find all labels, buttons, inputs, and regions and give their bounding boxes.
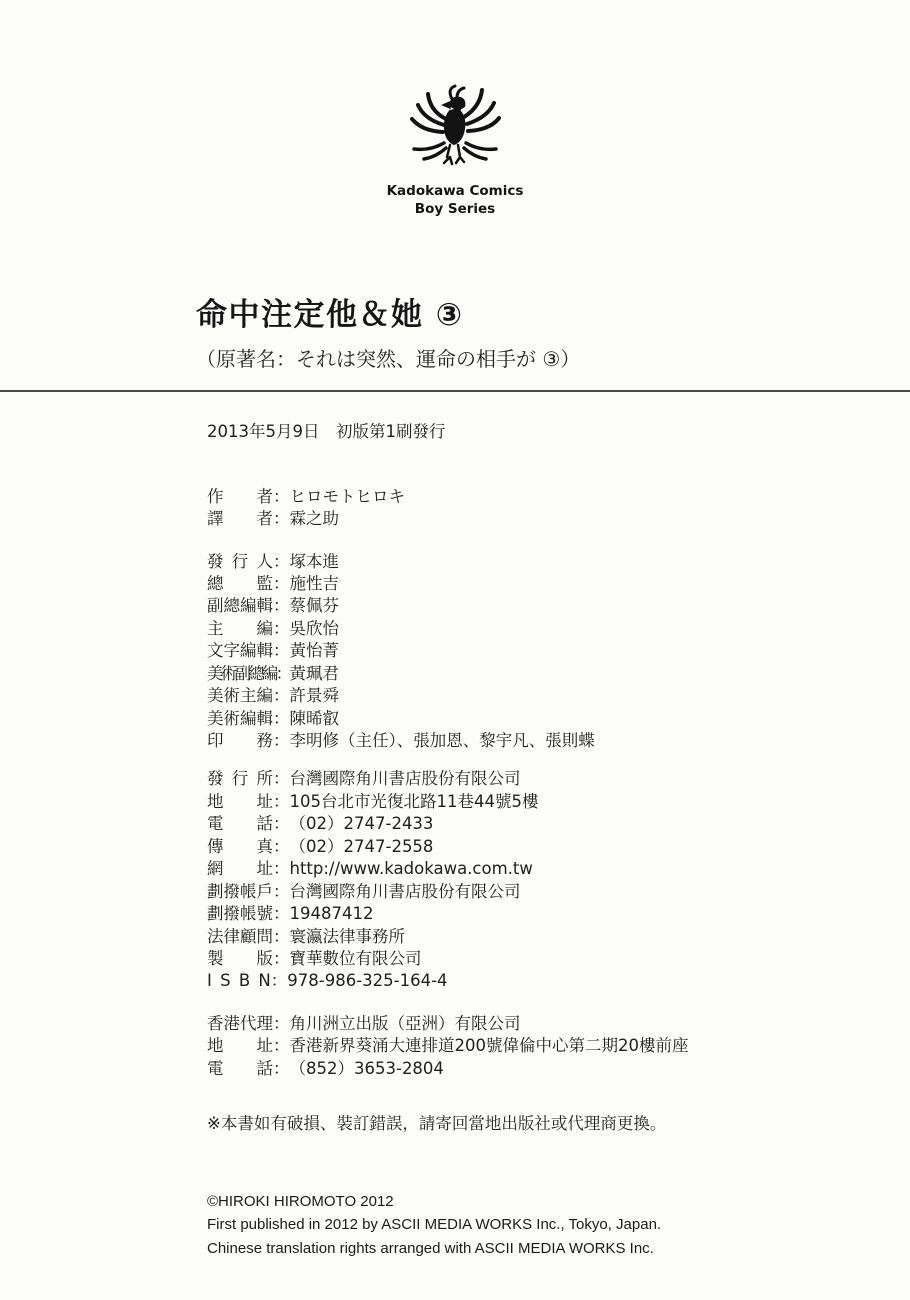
credit-row: 文字編輯：黃怡菁 — [207, 640, 870, 662]
credit-label: 發 行 人： — [207, 551, 290, 573]
hong-kong-agent-info: 香港代理：角川洲立出版（亞洲）有限公司 地 址：香港新界葵涌大連排道200號偉倫… — [207, 1013, 870, 1080]
credit-label: 文字編輯： — [207, 640, 290, 662]
edition-line: 2013年5月9日 初版第1刷發行 — [207, 418, 870, 442]
copyright-line: Chinese translation rights arranged with… — [207, 1237, 870, 1260]
divider — [0, 390, 910, 392]
credit-row: 作 者：ヒロモトヒロキ — [207, 486, 870, 508]
credit-value: ヒロモトヒロキ — [290, 487, 406, 506]
publisher-label: I S B N： — [207, 970, 287, 992]
colophon-content: 2013年5月9日 初版第1刷發行 作 者：ヒロモトヒロキ 譯 者：霖之助 發 … — [207, 418, 870, 1260]
credit-value: 李明修（主任）、張加恩、黎宇凡、張則蝶 — [290, 731, 595, 750]
publisher-value: （02）2747-2558 — [290, 837, 434, 856]
original-title: （原著名：それは突然、運命の相手が ③） — [196, 343, 850, 372]
logo-caption-line1: Kadokawa Comics — [387, 183, 524, 201]
publisher-row: 地 址：105台北市光復北路11巷44號5樓 — [207, 791, 870, 813]
agent-label: 香港代理： — [207, 1013, 290, 1035]
credit-value: 吳欣怡 — [290, 619, 340, 638]
publisher-row: I S B N：978-986-325-164-4 — [207, 970, 870, 992]
author-credits: 作 者：ヒロモトヒロキ 譯 者：霖之助 — [207, 486, 870, 531]
phoenix-icon — [397, 84, 513, 180]
agent-row: 地 址：香港新界葵涌大連排道200號偉倫中心第二期20樓前座 — [207, 1035, 870, 1057]
credit-value: 黃怡菁 — [290, 641, 340, 660]
publisher-row: 發 行 所：台灣國際角川書店股份有限公司 — [207, 768, 870, 790]
publisher-value: 寶華數位有限公司 — [290, 949, 422, 968]
credit-value: 施性吉 — [290, 574, 340, 593]
credit-value: 黃珮君 — [289, 664, 339, 683]
publisher-row: 網 址：http://www.kadokawa.com.tw — [207, 858, 870, 880]
credit-label: 美術副總編： — [207, 663, 289, 685]
credit-row: 美術副總編：黃珮君 — [207, 663, 870, 685]
publisher-value: 台灣國際角川書店股份有限公司 — [290, 882, 521, 901]
credit-row: 總 監：施性吉 — [207, 573, 870, 595]
credit-label: 美術編輯： — [207, 708, 290, 730]
publisher-row: 劃撥帳號：19487412 — [207, 903, 870, 925]
publisher-row: 傳 真：（02）2747-2558 — [207, 836, 870, 858]
credit-label: 主 編： — [207, 618, 290, 640]
publisher-info: 發 行 所：台灣國際角川書店股份有限公司 地 址：105台北市光復北路11巷44… — [207, 768, 870, 992]
publisher-value: 台灣國際角川書店股份有限公司 — [290, 769, 521, 788]
publisher-row: 製 版：寶華數位有限公司 — [207, 948, 870, 970]
credit-label: 總 監： — [207, 573, 290, 595]
publisher-label: 傳 真： — [207, 836, 290, 858]
credit-value: 霖之助 — [290, 509, 340, 528]
publisher-row: 法律顧問：寰瀛法律事務所 — [207, 926, 870, 948]
publisher-logo: Kadokawa Comics Boy Series — [0, 0, 910, 219]
credit-value: 蔡佩芬 — [290, 596, 340, 615]
publisher-label: 法律顧問： — [207, 926, 290, 948]
publisher-value: 105台北市光復北路11巷44號5樓 — [290, 792, 539, 811]
credit-row: 美術主編：許景舜 — [207, 685, 870, 707]
credit-label: 印 務： — [207, 730, 290, 752]
agent-label: 電 話： — [207, 1058, 290, 1080]
book-title: 命中注定他＆她 ③ — [196, 289, 850, 334]
damaged-copy-notice: ※本書如有破損、裝訂錯誤，請寄回當地出版社或代理商更換。 — [207, 1110, 870, 1134]
publisher-label: 劃撥帳戶： — [207, 881, 290, 903]
logo-caption-line2: Boy Series — [387, 201, 524, 219]
colophon-page: Kadokawa Comics Boy Series 命中注定他＆她 ③ （原著… — [0, 0, 910, 1300]
publisher-value: 寰瀛法律事務所 — [290, 927, 406, 946]
agent-label: 地 址： — [207, 1035, 290, 1057]
credit-row: 副總編輯：蔡佩芬 — [207, 595, 870, 617]
publisher-row: 劃撥帳戶：台灣國際角川書店股份有限公司 — [207, 881, 870, 903]
publisher-label: 網 址： — [207, 858, 290, 880]
copyright-block: ©HIROKI HIROMOTO 2012 First published in… — [207, 1190, 870, 1260]
credit-value: 塚本進 — [290, 552, 340, 571]
credit-row: 譯 者：霖之助 — [207, 508, 870, 530]
publisher-label: 劃撥帳號： — [207, 903, 290, 925]
credit-label: 作 者： — [207, 486, 290, 508]
agent-value: （852）3653-2804 — [290, 1059, 444, 1078]
credit-label: 副總編輯： — [207, 595, 290, 617]
credit-row: 美術編輯：陳晞叡 — [207, 708, 870, 730]
publisher-value: http://www.kadokawa.com.tw — [290, 859, 533, 878]
publisher-label: 製 版： — [207, 948, 290, 970]
publisher-label: 地 址： — [207, 791, 290, 813]
credit-label: 美術主編： — [207, 685, 290, 707]
agent-value: 角川洲立出版（亞洲）有限公司 — [290, 1014, 521, 1033]
publisher-value: （02）2747-2433 — [290, 814, 434, 833]
staff-credits: 發 行 人：塚本進 總 監：施性吉 副總編輯：蔡佩芬 主 編：吳欣怡 文字編輯：… — [207, 551, 870, 753]
publisher-row: 電 話：（02）2747-2433 — [207, 813, 870, 835]
publisher-label: 電 話： — [207, 813, 290, 835]
credit-row: 主 編：吳欣怡 — [207, 618, 870, 640]
copyright-line: ©HIROKI HIROMOTO 2012 — [207, 1190, 870, 1213]
agent-value: 香港新界葵涌大連排道200號偉倫中心第二期20樓前座 — [290, 1036, 689, 1055]
agent-row: 香港代理：角川洲立出版（亞洲）有限公司 — [207, 1013, 870, 1035]
title-block: 命中注定他＆她 ③ （原著名：それは突然、運命の相手が ③） — [196, 289, 850, 372]
credit-row: 發 行 人：塚本進 — [207, 551, 870, 573]
copyright-line: First published in 2012 by ASCII MEDIA W… — [207, 1213, 870, 1236]
agent-row: 電 話：（852）3653-2804 — [207, 1058, 870, 1080]
credit-value: 陳晞叡 — [290, 709, 340, 728]
publisher-label: 發 行 所： — [207, 768, 290, 790]
credit-label: 譯 者： — [207, 508, 290, 530]
credit-row: 印 務：李明修（主任）、張加恩、黎宇凡、張則蝶 — [207, 730, 870, 752]
publisher-value: 19487412 — [290, 904, 374, 923]
publisher-value: 978-986-325-164-4 — [287, 971, 447, 990]
credit-value: 許景舜 — [290, 686, 340, 705]
